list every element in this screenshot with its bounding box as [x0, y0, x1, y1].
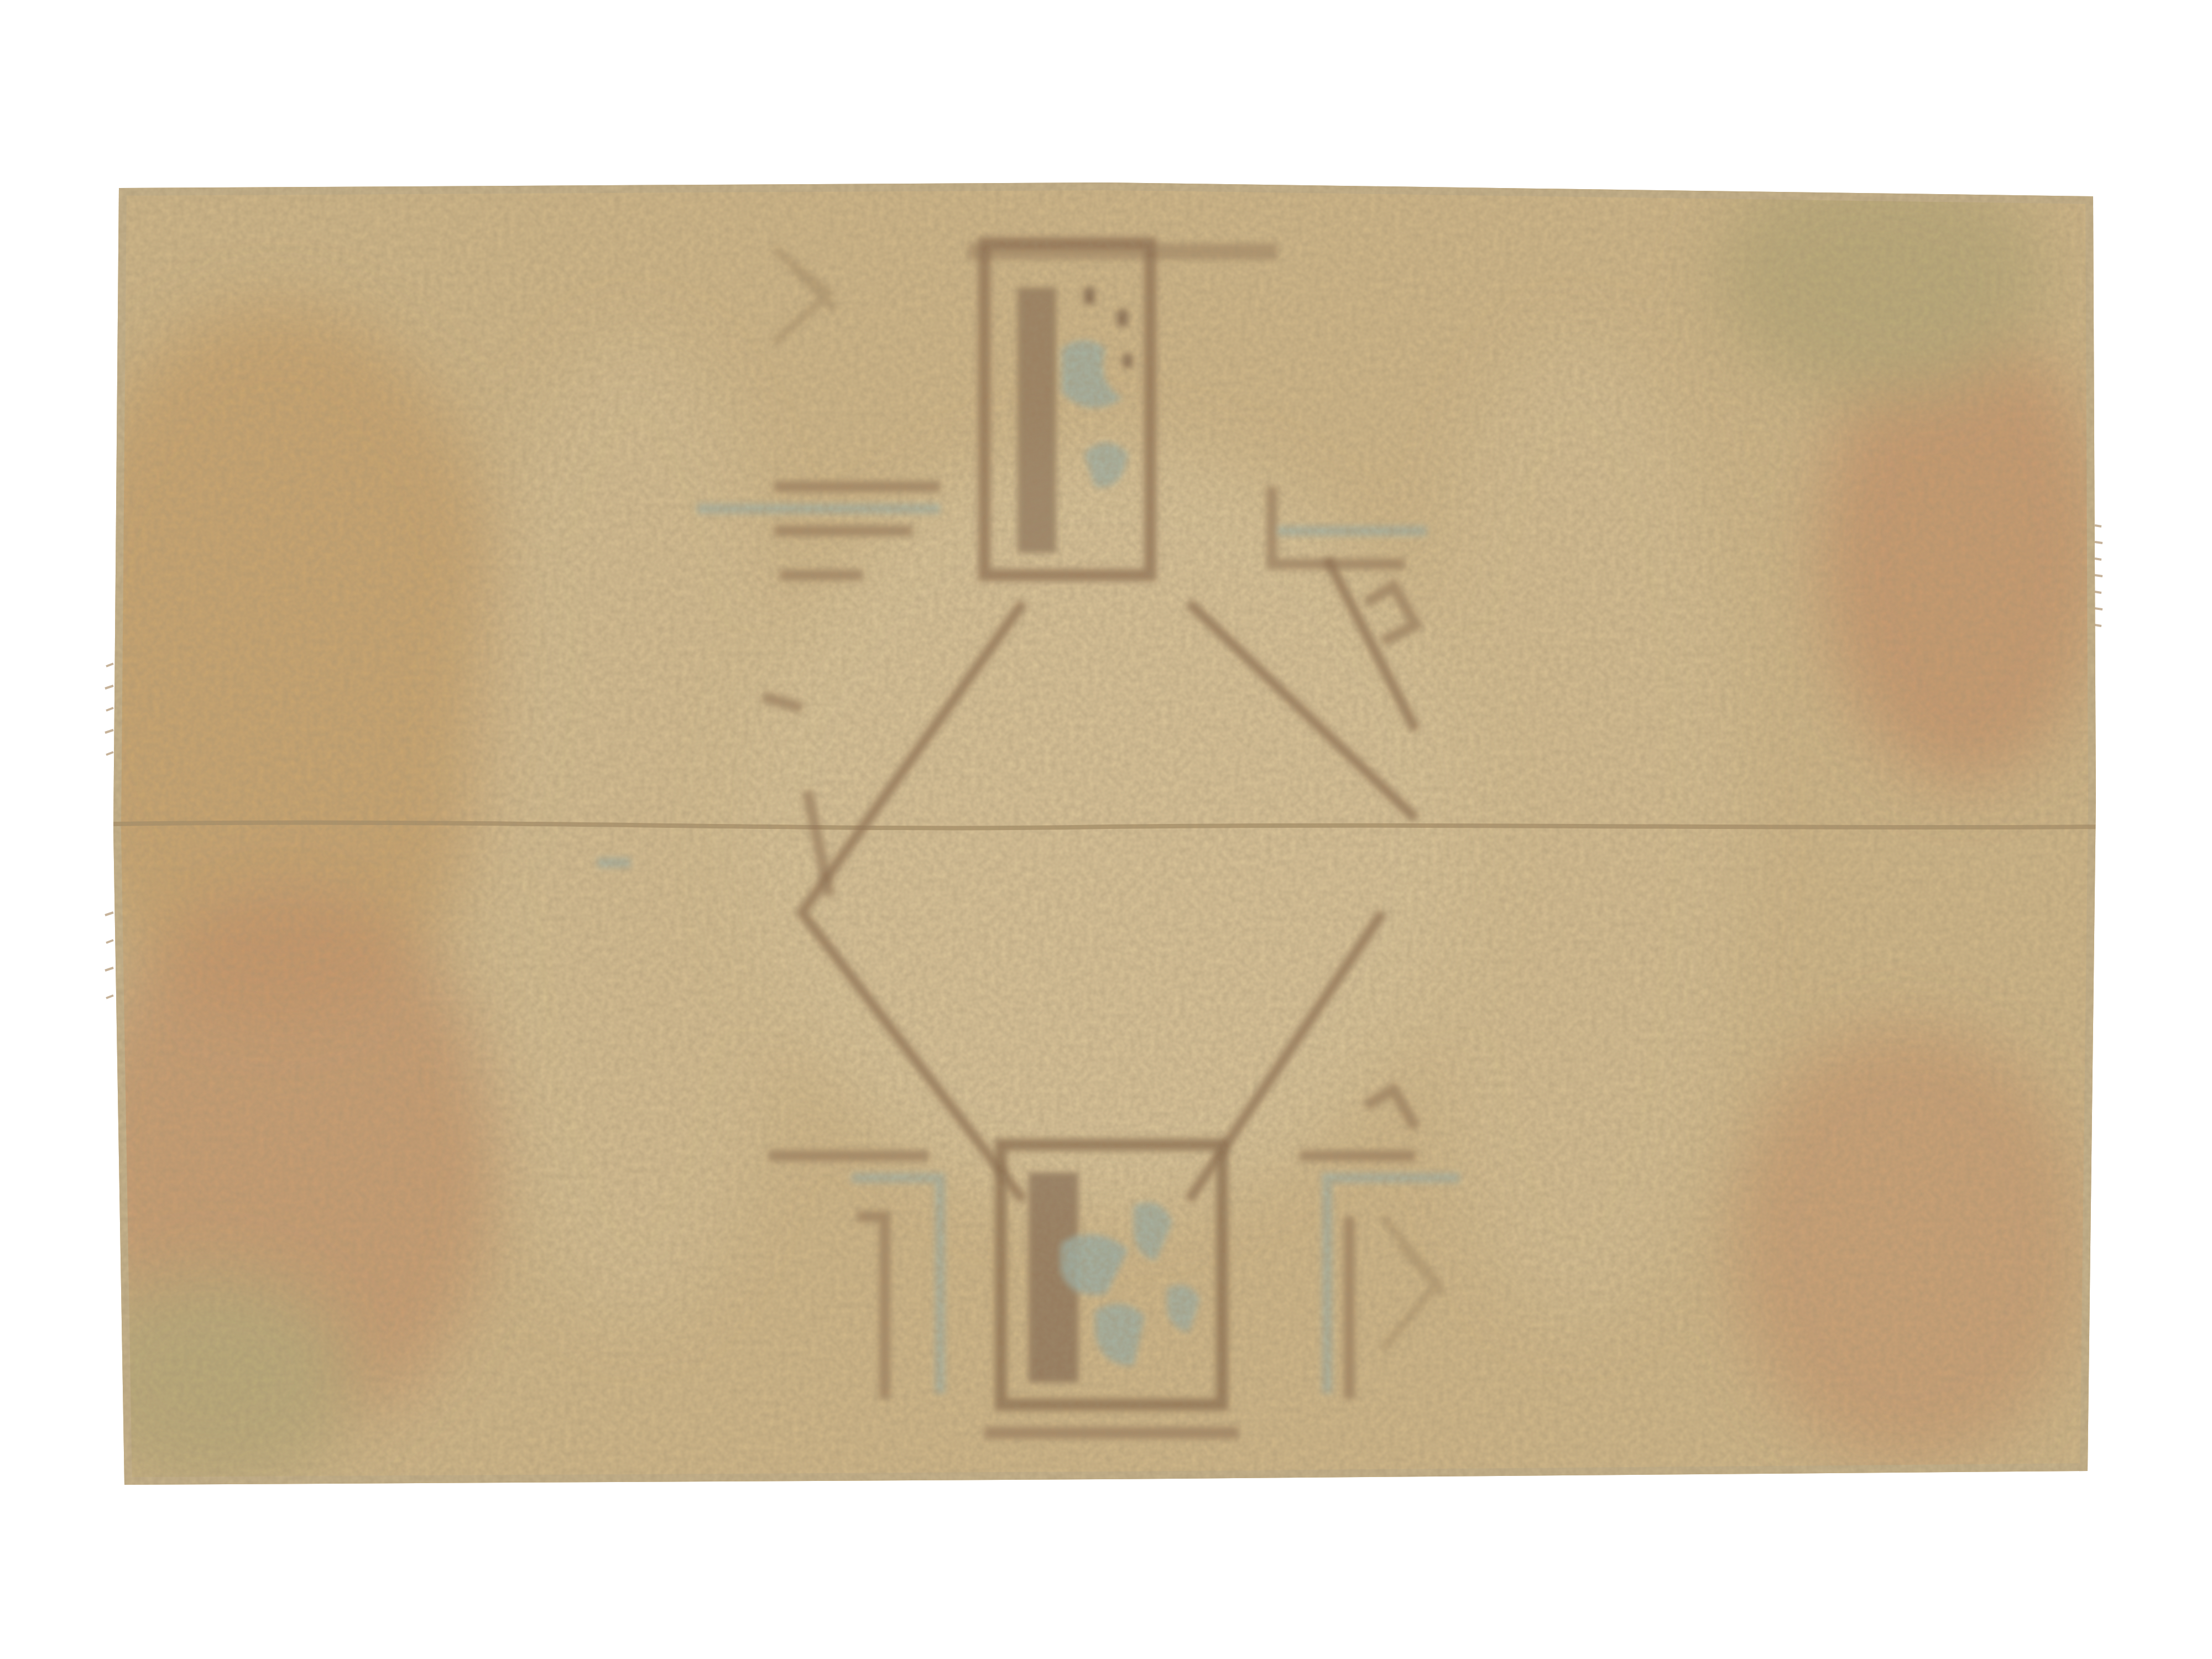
rug-body: [0, 0, 2212, 1659]
photo-stage: Vintage hand-knotted rug, faded beige fi…: [0, 0, 2212, 1659]
rug-fringe-right: [2095, 525, 2103, 626]
rug-fringe-left: [105, 664, 113, 998]
rug-image: [0, 0, 2212, 1659]
